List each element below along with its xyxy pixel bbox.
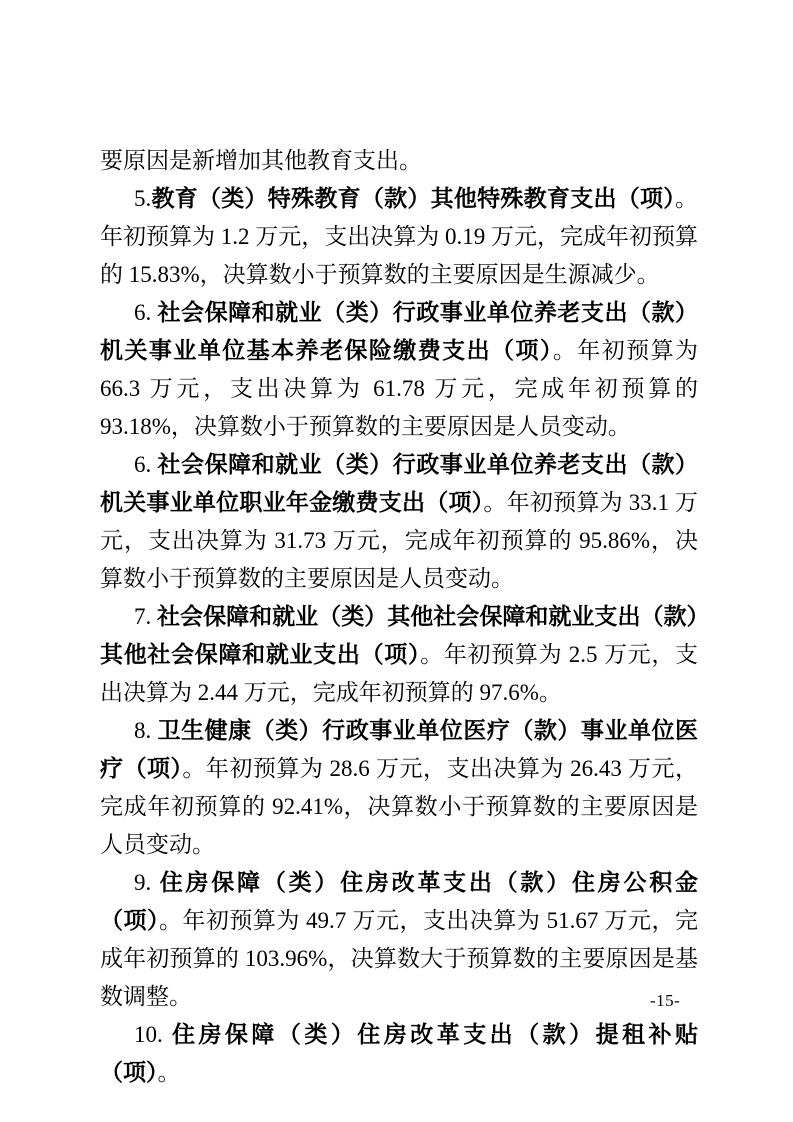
- body-text-run: 。年初预算为 49.7 万元，支出决算为 51.67 万元，完成年初预算的 10…: [100, 908, 698, 1009]
- para-item-5-education-special: 5.教育（类）特殊教育（款）其他特殊教育支出（项）。年初预算为 1.2 万元，支…: [100, 180, 698, 294]
- section-heading-run: 住房保障（类）住房改革支出（款）提租补贴（项）: [100, 1022, 698, 1085]
- body-text-run: 6.: [134, 452, 158, 477]
- body-text-run: 。年初预算为 28.6 万元，支出决算为 26.43 万元，完成年初预算的 92…: [100, 756, 698, 857]
- body-text-run: 8.: [134, 718, 158, 743]
- para-continuation: 要原因是新增加其他教育支出。: [100, 142, 698, 180]
- body-text-run: 要原因是新增加其他教育支出。: [100, 148, 422, 173]
- body-text-run: 6.: [134, 300, 158, 325]
- section-heading-run: 教育（类）特殊教育（款）其他特殊教育支出（项）: [151, 186, 675, 211]
- para-item-8-health-medical: 8. 卫生健康（类）行政事业单位医疗（款）事业单位医疗（项）。年初预算为 28.…: [100, 712, 698, 864]
- body-text-run: 7.: [134, 604, 157, 629]
- para-item-10-rent-subsidy: 10. 住房保障（类）住房改革支出（款）提租补贴（项）。: [100, 1016, 698, 1092]
- body-text-run: 9.: [134, 870, 160, 895]
- body-text-run: 10.: [134, 1022, 172, 1047]
- document-body: 要原因是新增加其他教育支出。5.教育（类）特殊教育（款）其他特殊教育支出（项）。…: [100, 142, 698, 1092]
- para-item-7-other-social-security: 7. 社会保障和就业（类）其他社会保障和就业支出（款）其他社会保障和就业支出（项…: [100, 598, 698, 712]
- body-text-run: 5.: [134, 186, 151, 211]
- para-item-9-housing-fund: 9. 住房保障（类）住房改革支出（款）住房公积金（项）。年初预算为 49.7 万…: [100, 864, 698, 1016]
- document-page: 要原因是新增加其他教育支出。5.教育（类）特殊教育（款）其他特殊教育支出（项）。…: [0, 0, 793, 1122]
- para-item-6-pension-annuity: 6. 社会保障和就业（类）行政事业单位养老支出（款）机关事业单位职业年金缴费支出…: [100, 446, 698, 598]
- page-number: -15-: [650, 991, 680, 1011]
- body-text-run: 。: [158, 1060, 181, 1085]
- para-item-6-pension-basic: 6. 社会保障和就业（类）行政事业单位养老支出（款）机关事业单位基本养老保险缴费…: [100, 294, 698, 446]
